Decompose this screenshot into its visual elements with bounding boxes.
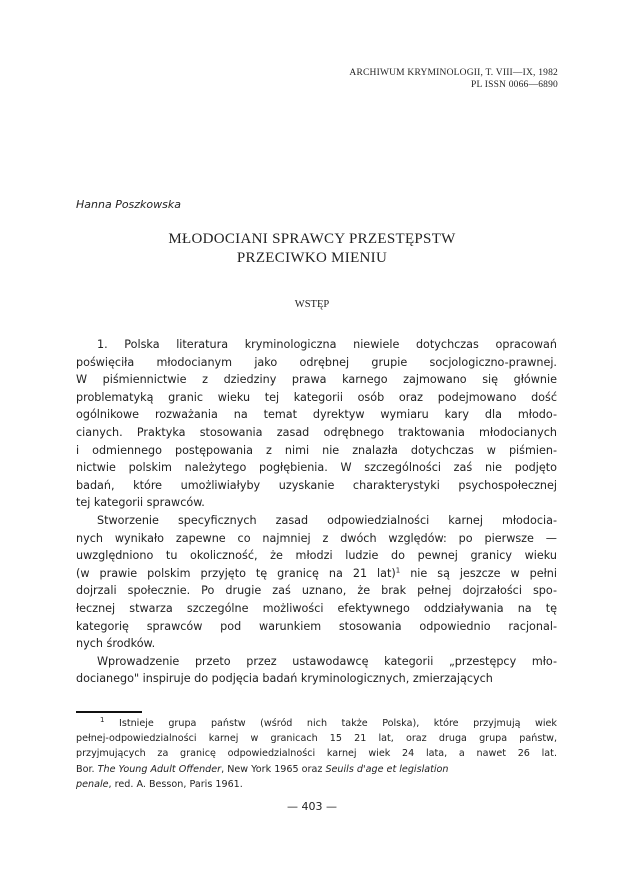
body-text: 1. Polska literatura kryminologiczna nie… xyxy=(76,336,557,688)
body-line: łecznej stwarza szczególne możliwości ef… xyxy=(76,600,557,618)
article-title-line-2: PRZECIWKO MIENIU xyxy=(0,250,624,267)
article-title-line-1: MŁODOCIANI SPRAWCY PRZESTĘPSTW xyxy=(0,231,624,248)
body-line: badań, które umożliwiałyby uzyskanie cha… xyxy=(76,477,557,495)
body-line: nych środków. xyxy=(76,635,557,653)
body-line: tej kategorii sprawców. xyxy=(76,494,557,512)
book-title: penale xyxy=(76,779,109,790)
body-line: nych wynikało zapewne co najmniej z dwóc… xyxy=(76,530,557,548)
issn-line: PL ISSN 0066—6890 xyxy=(471,80,558,90)
footnote-separator xyxy=(76,711,142,713)
footnote-line: penale, red. A. Besson, Paris 1961. xyxy=(76,777,557,792)
footnote-line: Bor. The Young Adult Offender, New York … xyxy=(76,762,557,777)
body-line-with-footnote: (w prawie polskim przyjęto tę granicę na… xyxy=(76,565,557,583)
body-line: problematyką granic wieku tej kategorii … xyxy=(76,389,557,407)
body-line: dojrzali społecznie. Po drugie zaś uznan… xyxy=(76,582,557,600)
book-title: The Young Adult Offender xyxy=(98,764,221,775)
body-line: poświęciła młodocianym jako odrębnej gru… xyxy=(76,354,557,372)
footnote-line: przyjmujących za granicę odpowiedzialnoś… xyxy=(76,746,557,761)
body-line: i odmiennego postępowania z nimi nie zna… xyxy=(76,442,557,460)
author-name: Hanna Poszkowska xyxy=(76,198,181,211)
body-line: 1. Polska literatura kryminologiczna nie… xyxy=(76,336,557,354)
footnote-marker: 1 xyxy=(100,716,104,724)
section-heading: WSTĘP xyxy=(0,299,624,310)
footnote-text: , New York 1965 oraz xyxy=(221,764,325,775)
footnote-text: Bor. xyxy=(76,764,98,775)
journal-header: ARCHIWUM KRYMINOLOGII, T. VIII—IX, 1982 xyxy=(349,68,558,78)
footnote-text: Istnieje grupa państw (wśród nich także … xyxy=(119,718,557,729)
book-title: Seuils d'age et legislation xyxy=(325,764,448,775)
body-line: cianych. Praktyka stosowania zasad odręb… xyxy=(76,424,557,442)
body-line: W piśmiennictwie z dziedziny prawa karne… xyxy=(76,371,557,389)
body-line: uwzględniono tu okoliczność, że młodzi l… xyxy=(76,547,557,565)
body-line-start: (w prawie polskim przyjęto tę granicę na… xyxy=(76,567,396,580)
body-line: kategorię sprawców pod warunkiem stosowa… xyxy=(76,618,557,636)
body-line: Wprowadzenie przeto przez ustawodawcę ka… xyxy=(76,653,557,671)
page-number: — 403 — xyxy=(0,800,624,813)
footnote-line: pełnej-odpowiedzialności karnej w granic… xyxy=(76,731,557,746)
body-line: nictwie polskim należytego pogłębienia. … xyxy=(76,459,557,477)
footnote-line: 1 Istnieje grupa państw (wśród nich takż… xyxy=(76,716,557,731)
body-line: Stworzenie specyficznych zasad odpowiedz… xyxy=(76,512,557,530)
body-line-end: nie są jeszcze w pełni xyxy=(400,567,557,580)
body-line: docianego" inspiruje do podjęcia badań k… xyxy=(76,670,557,688)
footnote-text: , red. A. Besson, Paris 1961. xyxy=(109,779,243,790)
footnote: 1 Istnieje grupa państw (wśród nich takż… xyxy=(76,716,557,792)
body-line: ogólnikowe rozważania na temat dyrektyw … xyxy=(76,406,557,424)
